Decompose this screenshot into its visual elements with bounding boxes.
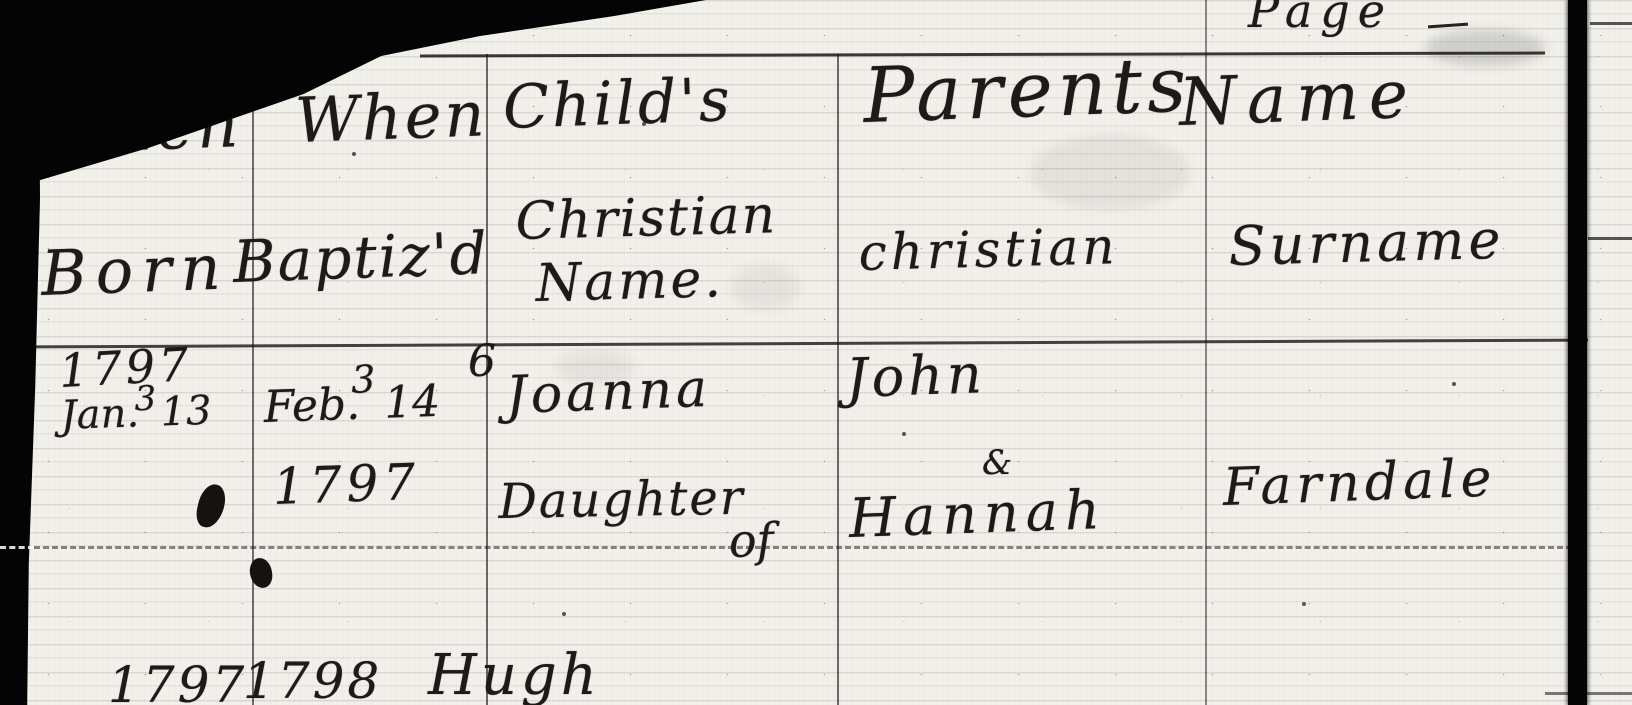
record-born-date: Jan.313 xyxy=(60,391,212,436)
col5-title-name: Name xyxy=(1178,62,1419,136)
paper-smudge xyxy=(1425,30,1545,66)
paper-smudge xyxy=(1030,135,1190,210)
paper-speck xyxy=(1302,602,1306,606)
adjacent-page-rule-line xyxy=(1588,237,1632,240)
record-baptized-date: Feb.314 xyxy=(263,380,441,430)
record-child-relation-2: of xyxy=(728,516,774,564)
col3-title-christian: Christian xyxy=(515,189,778,248)
col2-title-baptized: Baptiz'd xyxy=(232,224,490,291)
col4-title-parents: Parents xyxy=(862,47,1192,134)
record-mother-name: Hannah xyxy=(848,483,1108,546)
record-baptized-month: Feb. xyxy=(263,379,361,433)
record-baptized-day: 14 xyxy=(383,376,441,429)
record-entry-number: 6 xyxy=(468,340,496,384)
page-label: Page xyxy=(1248,0,1393,34)
record-born-day: 13 xyxy=(160,388,212,436)
next-entry-child-fragment: Hugh xyxy=(428,648,601,704)
col2-title-when: When xyxy=(294,83,488,152)
paper-speck xyxy=(562,612,566,616)
next-entry-born-fragment: 1797 xyxy=(108,660,247,705)
adjacent-page-rule-line xyxy=(1545,692,1632,695)
paper-speck xyxy=(1452,382,1456,386)
paper-smudge xyxy=(730,265,800,310)
col3-title-childs: Child's xyxy=(502,70,734,138)
record-baptized-year: 1797 xyxy=(272,457,421,512)
record-born-year: 1797 xyxy=(58,341,193,394)
table-column-line-child-parents xyxy=(837,54,839,705)
record-born-superscript: 3 xyxy=(134,379,157,420)
book-gutter-bar xyxy=(1568,0,1587,705)
col3-title-name: Name. xyxy=(535,253,724,310)
col5-title-surname: Surname xyxy=(1228,213,1505,274)
record-father-name: John xyxy=(845,347,987,406)
dashed-guide-line xyxy=(34,546,1572,549)
record-child-relation-1: Daughter xyxy=(498,474,745,526)
record-parent-joiner: & xyxy=(982,446,1012,480)
next-entry-baptized-fragment: 1798 xyxy=(243,656,382,705)
col1-title-born: Born xyxy=(40,236,231,305)
register-scan-root: Page When Born When Baptiz'd Child's Chr… xyxy=(0,0,1632,705)
record-child-name: Joanna xyxy=(505,363,712,422)
record-born-month: Jan. xyxy=(60,390,140,439)
record-baptized-superscript: 3 xyxy=(350,357,376,402)
col4-title-christian: christian xyxy=(858,221,1119,278)
adjacent-page-rule-line xyxy=(1590,22,1632,25)
paper-speck xyxy=(902,432,906,436)
dashed-guide-line-over-black xyxy=(0,546,34,549)
record-surname: Farndale xyxy=(1222,452,1497,514)
table-column-line-born-baptized xyxy=(252,58,254,705)
